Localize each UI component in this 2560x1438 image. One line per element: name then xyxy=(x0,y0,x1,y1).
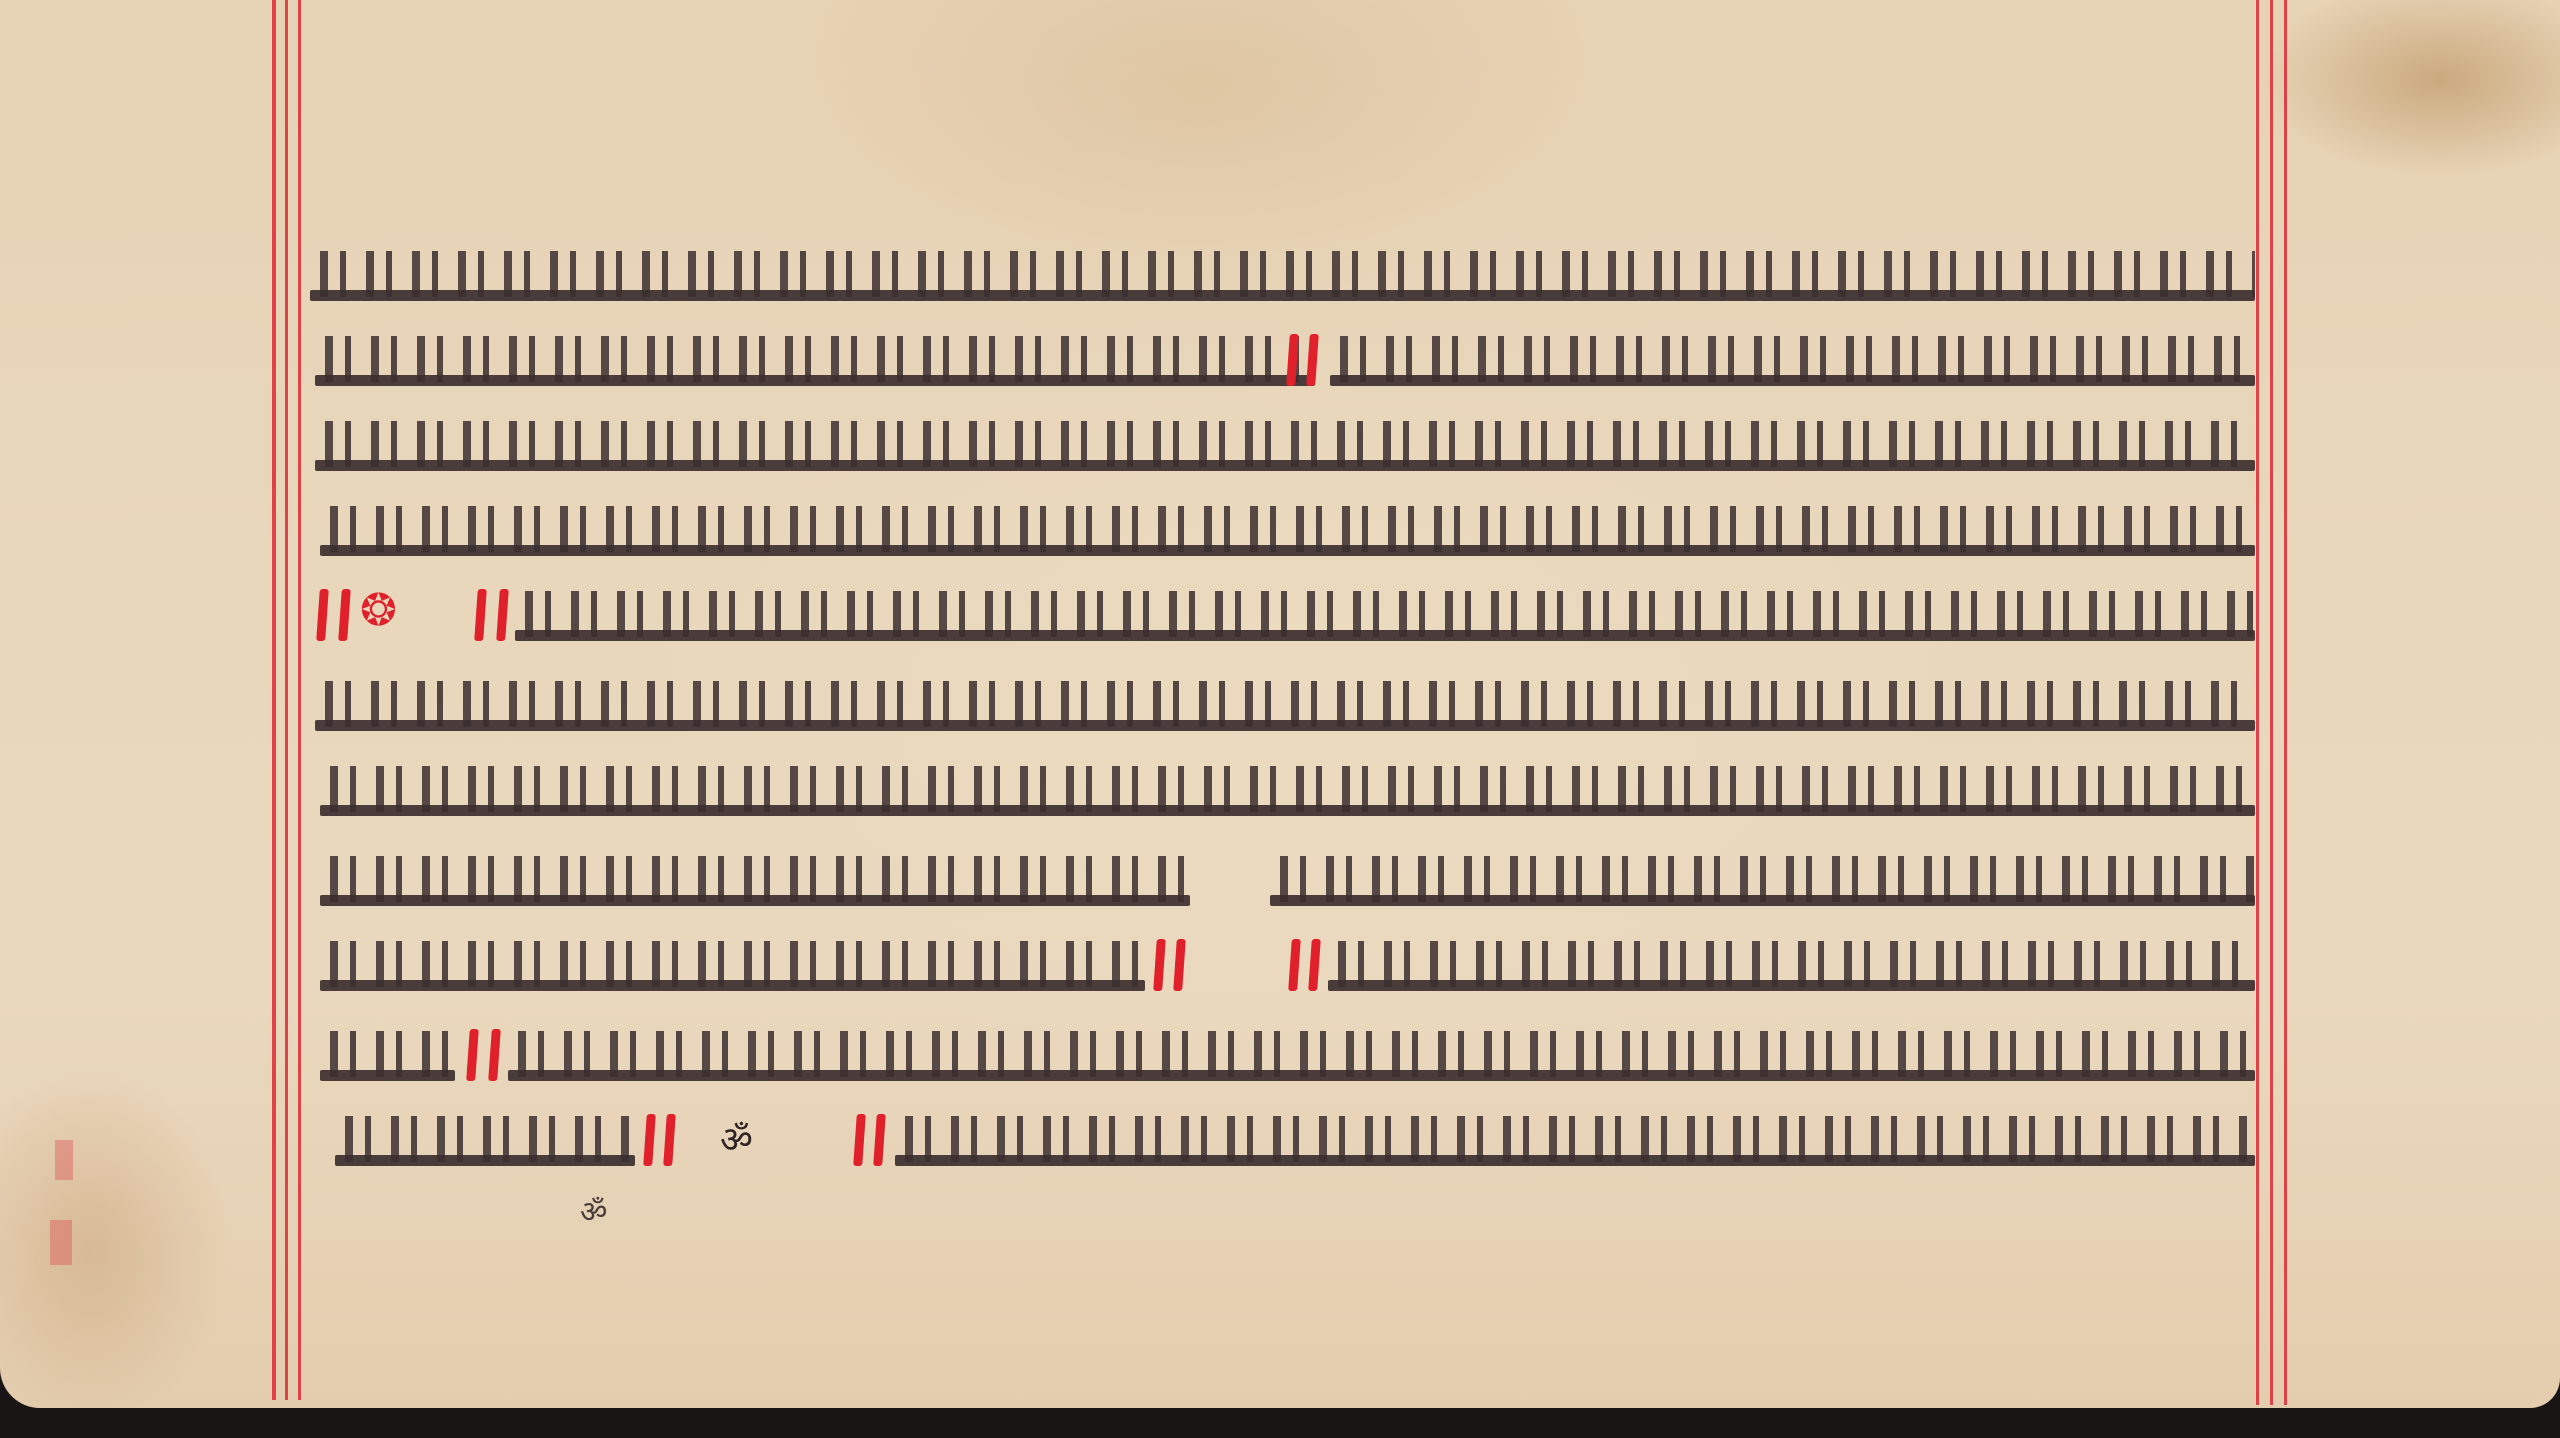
danda-mark xyxy=(1173,939,1186,991)
script-text xyxy=(1270,848,2255,912)
danda-mark xyxy=(466,1029,479,1081)
script-text xyxy=(335,1108,635,1172)
danda-mark xyxy=(1288,939,1301,991)
script-text xyxy=(1328,933,2255,997)
script-text xyxy=(310,243,2255,307)
text-line-1 xyxy=(0,235,2560,315)
script-text xyxy=(315,673,2255,737)
script-text xyxy=(515,583,2255,647)
danda-mark xyxy=(663,1114,676,1166)
marginal-note: ॐ xyxy=(580,1190,607,1231)
danda-mark xyxy=(338,589,351,641)
text-line-3 xyxy=(0,405,2560,485)
text-line-8 xyxy=(0,840,2560,920)
danda-mark xyxy=(474,589,487,641)
danda-mark xyxy=(643,1114,656,1166)
text-line-9 xyxy=(0,925,2560,1005)
text-line-6 xyxy=(0,665,2560,745)
manuscript-folio: ❂ ॐ ॐ xyxy=(0,0,2560,1408)
text-line-4 xyxy=(0,490,2560,570)
danda-mark xyxy=(853,1114,866,1166)
script-text xyxy=(320,933,1145,997)
script-text xyxy=(320,1023,455,1087)
script-text xyxy=(320,758,2255,822)
text-line-5: ❂ xyxy=(0,575,2560,655)
danda-mark xyxy=(1308,939,1321,991)
script-text xyxy=(315,413,2255,477)
text-line-2 xyxy=(0,320,2560,400)
danda-mark xyxy=(488,1029,501,1081)
script-text xyxy=(508,1023,2255,1087)
danda-mark xyxy=(496,589,509,641)
om-sign: ॐ xyxy=(720,1114,753,1163)
red-smudge xyxy=(50,1220,72,1265)
script-text xyxy=(315,328,1315,392)
danda-mark xyxy=(1153,939,1166,991)
text-line-7 xyxy=(0,750,2560,830)
text-line-10 xyxy=(0,1015,2560,1095)
danda-mark xyxy=(316,589,329,641)
script-text xyxy=(320,848,1190,912)
script-text xyxy=(320,498,2255,562)
script-text xyxy=(895,1108,2255,1172)
ornament-flower-icon: ❂ xyxy=(360,589,397,633)
script-text xyxy=(1330,328,2255,392)
text-line-11: ॐ xyxy=(0,1100,2560,1180)
danda-mark xyxy=(873,1114,886,1166)
